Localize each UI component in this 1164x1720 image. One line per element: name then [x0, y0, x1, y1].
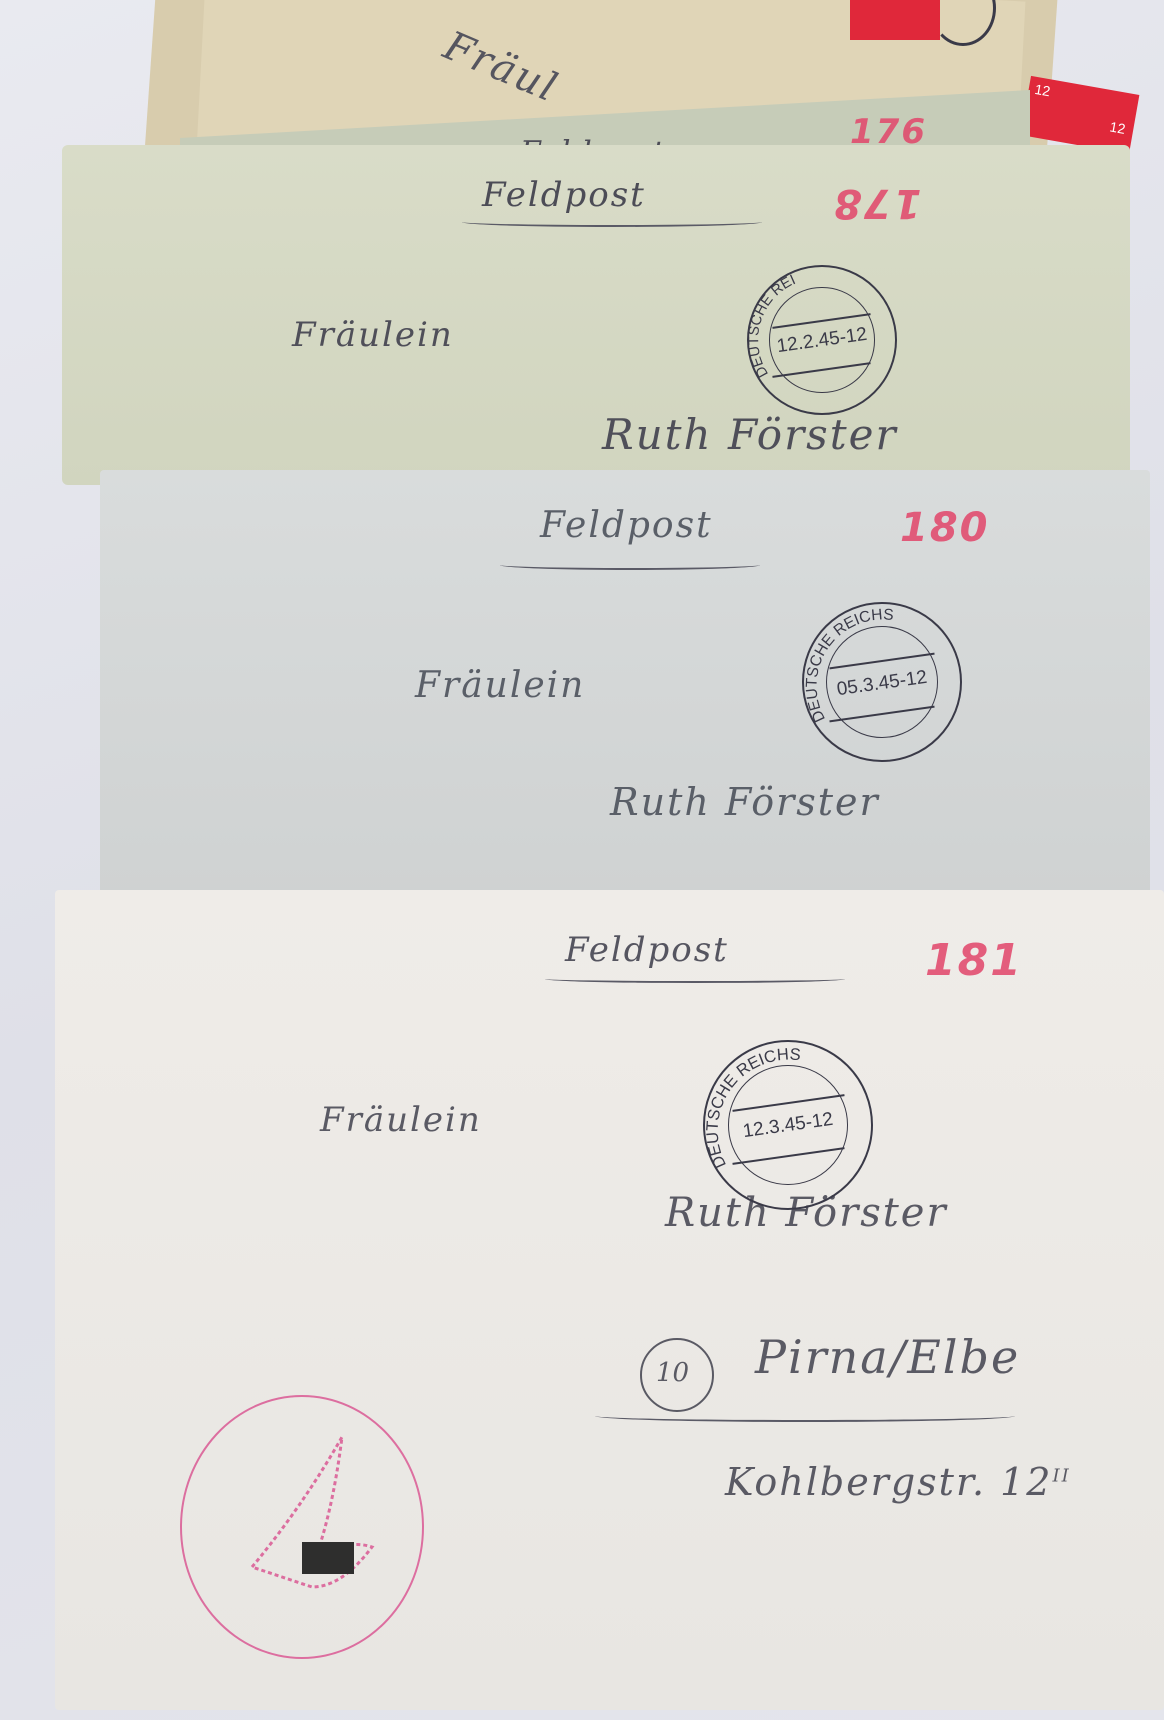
redaction-box: [302, 1542, 354, 1574]
svg-text:DEUTSCHE REI: DEUTSCHE REI: [749, 272, 798, 380]
street-floor: II: [1052, 1465, 1070, 1486]
city-underline: [595, 1410, 1015, 1422]
envelope-number-178: 178: [832, 180, 922, 226]
postage-stamp-top: [850, 0, 940, 40]
feldpost-header: Feldpost: [482, 175, 646, 215]
envelope-178: Feldpost 178 Fräulein Ruth Förster 12.2.…: [62, 145, 1130, 485]
feldpost-underline: [545, 975, 845, 983]
destination-city: Pirna/Elbe: [755, 1330, 1020, 1384]
postmark-text: DEUTSCHE REICHS: [705, 1044, 802, 1171]
street-address: Kohlbergstr. 12II: [725, 1460, 1071, 1504]
envelope-number-180: 180: [900, 505, 990, 551]
salutation: Fräulein: [292, 315, 454, 355]
svg-text:DEUTSCHE REICHS: DEUTSCHE REICHS: [804, 606, 894, 724]
recipient-name: Ruth Förster: [610, 780, 880, 824]
envelope-180: Feldpost 180 Fräulein Ruth Förster 05.3.…: [100, 470, 1150, 900]
feldpost-header: Feldpost: [565, 930, 729, 970]
postal-zone: 10: [656, 1358, 689, 1388]
postmark-deutsche-reichspost: 12.3.45-12 DEUTSCHE REICHS: [703, 1040, 873, 1210]
postmark-deutsche-reichspost: 12.2.45-12 DEUTSCHE REI: [747, 265, 897, 415]
street-name: Kohlbergstr. 12: [725, 1460, 1052, 1504]
postmark-text: DEUTSCHE REICHS: [804, 606, 894, 724]
stamp-value: 12: [1109, 118, 1127, 136]
stamp-value: 12: [1033, 81, 1051, 99]
feldpost-underline: [500, 560, 760, 570]
unit-stamp-eagle: [180, 1395, 424, 1659]
postal-zone-circle: 10: [640, 1338, 714, 1412]
envelope-181: Feldpost 181 Fräulein Ruth Förster 10 Pi…: [55, 890, 1164, 1710]
feldpost-underline: [462, 217, 762, 227]
svg-text:DEUTSCHE REICHS: DEUTSCHE REICHS: [705, 1044, 802, 1171]
salutation: Fräulein: [415, 665, 585, 706]
envelope-number-181: 181: [925, 935, 1023, 986]
salutation: Fräulein: [320, 1100, 482, 1140]
feldpost-header: Feldpost: [540, 505, 713, 546]
postmark-text: DEUTSCHE REI: [749, 272, 798, 380]
recipient-name: Ruth Förster: [602, 410, 898, 459]
salutation-partial: Fräul: [437, 23, 565, 112]
postmark-deutsche-reichspost: 05.3.45-12 DEUTSCHE REICHS: [802, 602, 962, 762]
